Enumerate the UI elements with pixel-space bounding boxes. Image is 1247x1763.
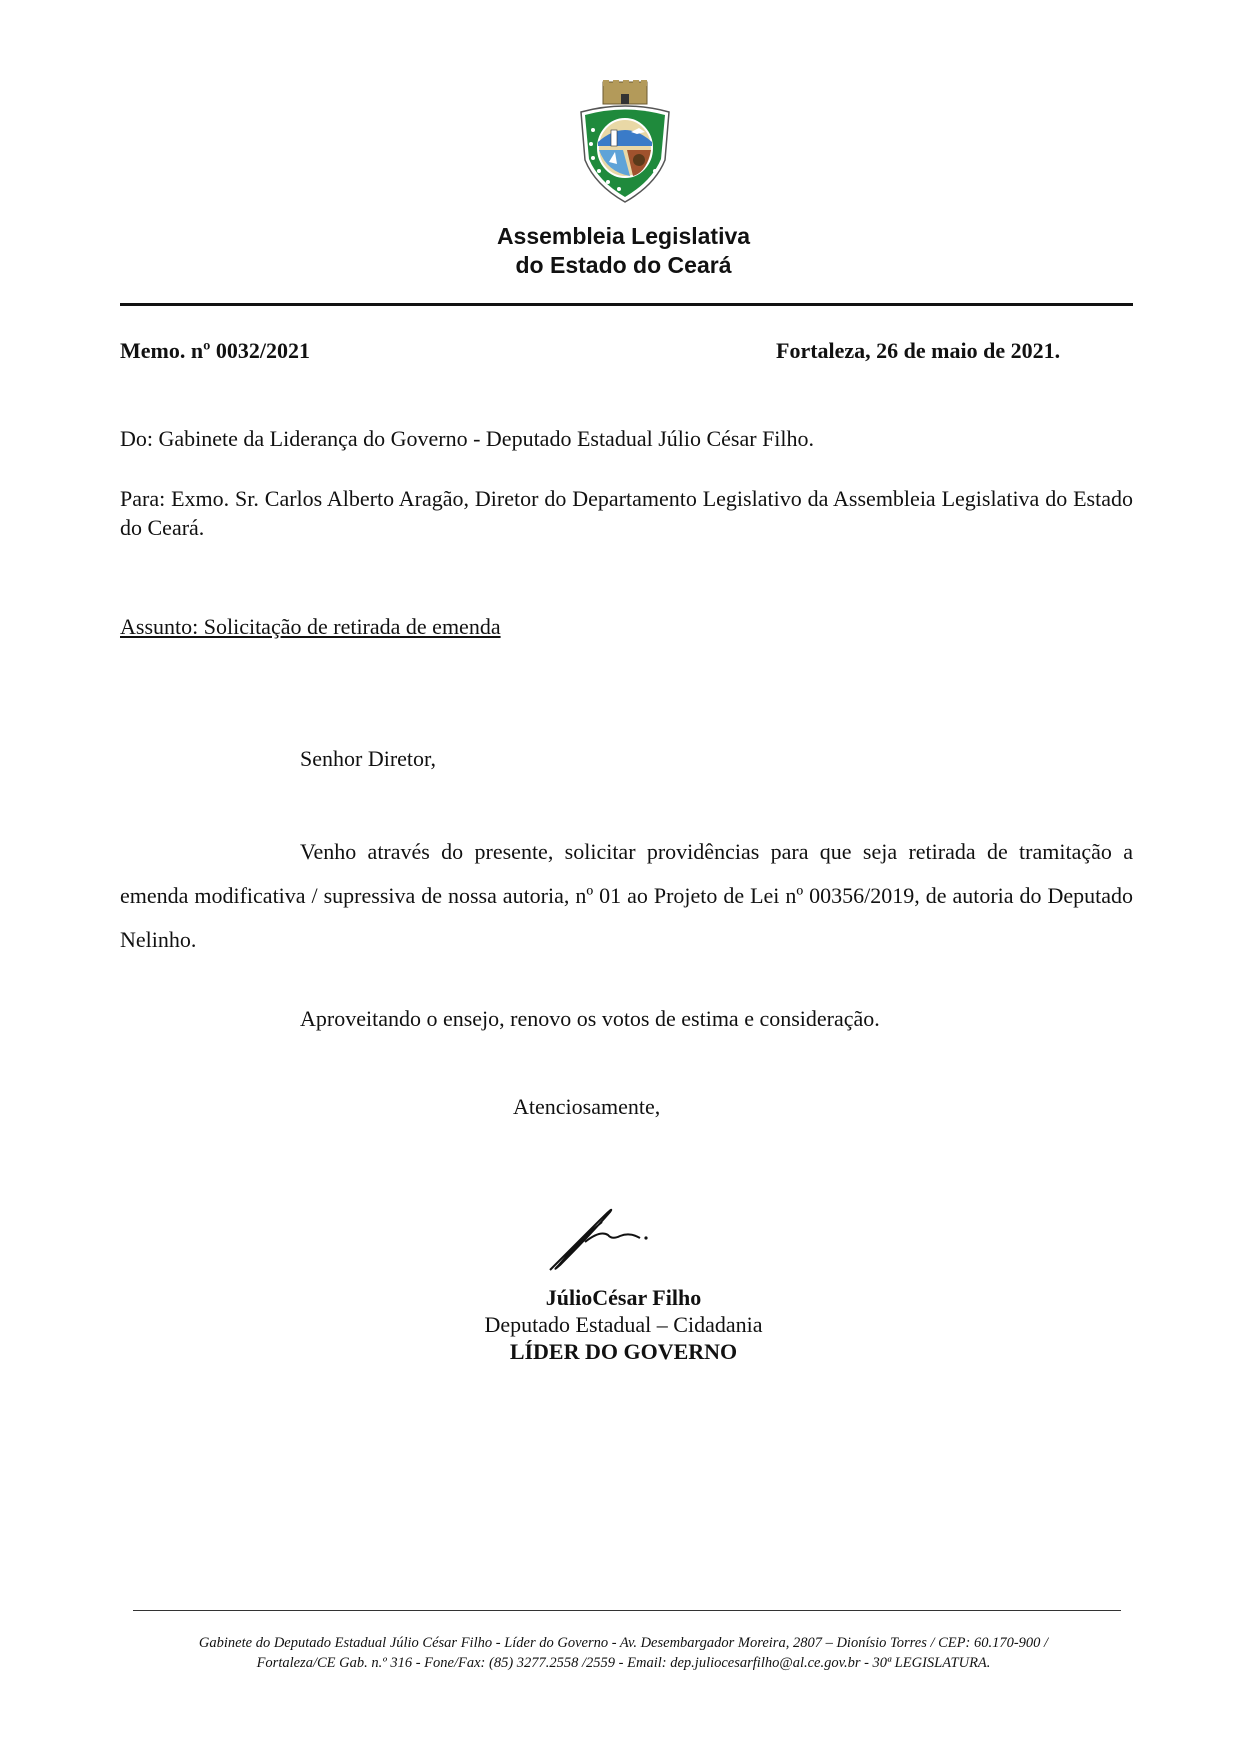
salutation: Senhor Diretor,	[300, 746, 436, 772]
signatory-title: LÍDER DO GOVERNO	[0, 1338, 1247, 1365]
subject-line: Assunto: Solicitação de retirada de emen…	[120, 614, 501, 640]
signatory-role: Deputado Estadual – Cidadania	[0, 1311, 1247, 1338]
to-field: Para: Exmo. Sr. Carlos Alberto Aragão, D…	[120, 484, 1133, 542]
sign-off: Atenciosamente,	[513, 1094, 660, 1120]
organization-name-line1: Assembleia Legislativa	[0, 222, 1247, 251]
organization-name-line2: do Estado do Ceará	[0, 251, 1247, 280]
closing-sentence: Aproveitando o ensejo, renovo os votos d…	[300, 1006, 880, 1032]
handwritten-signature-icon	[540, 1200, 680, 1275]
footer-line2: Fortaleza/CE Gab. n.º 316 - Fone/Fax: (8…	[0, 1653, 1247, 1673]
footer-divider	[133, 1610, 1121, 1611]
body-paragraph: Venho através do presente, solicitar pro…	[120, 830, 1133, 962]
footer-line1: Gabinete do Deputado Estadual Júlio Césa…	[0, 1633, 1247, 1653]
state-coat-of-arms-icon	[575, 80, 675, 205]
from-field: Do: Gabinete da Liderança do Governo - D…	[120, 424, 814, 453]
header-divider	[120, 303, 1133, 306]
signatory-name: JúlioCésar Filho	[0, 1284, 1247, 1311]
memo-number: Memo. nº 0032/2021	[120, 338, 310, 364]
place-and-date: Fortaleza, 26 de maio de 2021.	[776, 338, 1060, 364]
